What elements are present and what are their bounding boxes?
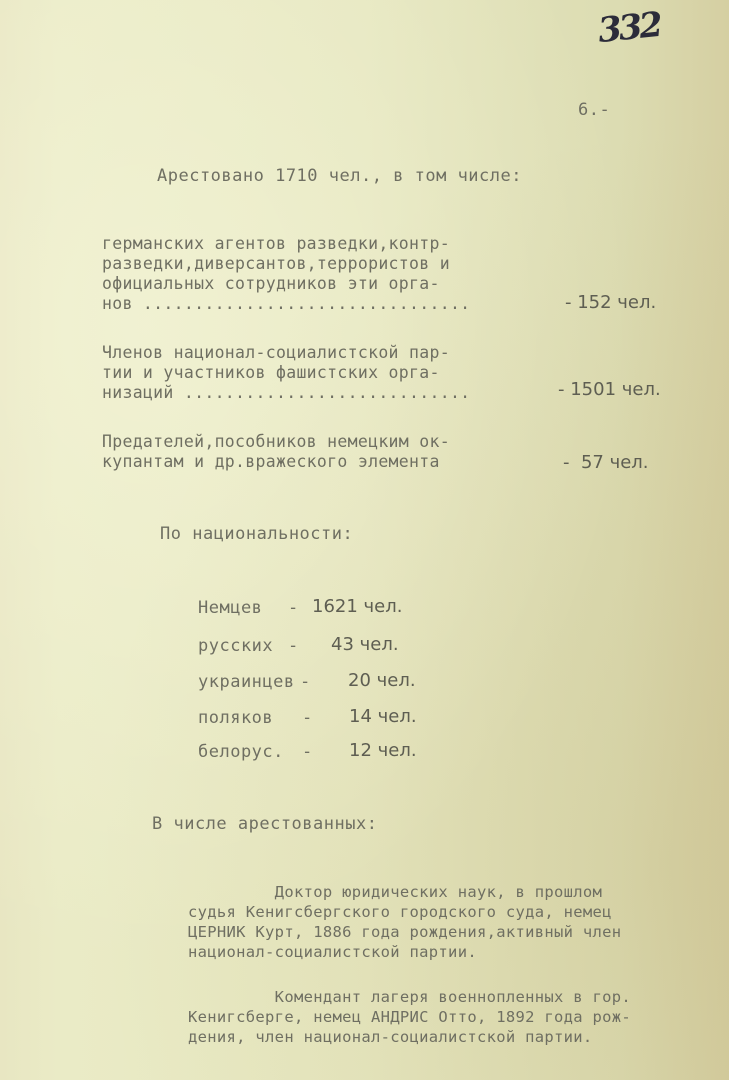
archive-number-handwritten: 332 bbox=[596, 5, 662, 51]
nationality-dash: - bbox=[288, 598, 299, 618]
nationality-count: 14 чел. bbox=[349, 706, 417, 727]
heading-arrested-total: Арестовано 1710 чел., в том числе: bbox=[157, 166, 522, 186]
category-line: официальных сотрудников эти орга- bbox=[102, 274, 470, 294]
category-line: нов ................................ bbox=[102, 294, 470, 314]
heading-nationality: По национальности: bbox=[160, 524, 353, 544]
person-line: Комендант лагеря военнопленных в гор. bbox=[188, 987, 631, 1007]
person-line: национал-социалистской партии. bbox=[188, 942, 621, 962]
category-agents: германских агентов разведки,контр- разве… bbox=[102, 234, 470, 314]
nationality-name: украинцев bbox=[198, 672, 295, 692]
category-nsdap-members: Членов национал-социалистской пар- тии и… bbox=[102, 343, 470, 403]
nationality-dash: - bbox=[302, 742, 313, 762]
nationality-name: Немцев bbox=[198, 598, 262, 618]
person-entry-andris: Комендант лагеря военнопленных в гор. Ке… bbox=[188, 987, 631, 1047]
page-number: 6.- bbox=[578, 100, 610, 120]
person-entry-zernik: Доктор юридических наук, в прошлом судья… bbox=[188, 882, 621, 962]
category-count: - 57 чел. bbox=[563, 452, 649, 473]
category-count: - 152 чел. bbox=[565, 292, 656, 313]
person-line: дения, член национал-социалистской парти… bbox=[188, 1027, 631, 1047]
nationality-name: белорус. bbox=[198, 742, 284, 762]
heading-among-arrested: В числе арестованных: bbox=[152, 814, 377, 834]
category-line: купантам и др.вражеского элемента bbox=[102, 452, 450, 472]
nationality-dash: - bbox=[288, 636, 299, 656]
category-line: тии и участников фашистских орга- bbox=[102, 363, 470, 383]
nationality-count: 20 чел. bbox=[348, 670, 416, 691]
category-line: Членов национал-социалистской пар- bbox=[102, 343, 470, 363]
nationality-name: русских bbox=[198, 636, 273, 656]
person-line: ЦЕРНИК Курт, 1886 года рождения,активный… bbox=[188, 922, 621, 942]
category-line: разведки,диверсантов,террористов и bbox=[102, 254, 470, 274]
category-collaborators: Предателей,пособников немецким ок- купан… bbox=[102, 432, 450, 472]
nationality-count: 1621 чел. bbox=[312, 596, 402, 617]
category-line: Предателей,пособников немецким ок- bbox=[102, 432, 450, 452]
person-line: Доктор юридических наук, в прошлом bbox=[188, 882, 621, 902]
document-page: 332 6.- Арестовано 1710 чел., в том числ… bbox=[0, 0, 729, 1080]
category-line: низаций ............................ bbox=[102, 383, 470, 403]
category-line: германских агентов разведки,контр- bbox=[102, 234, 470, 254]
nationality-count: 43 чел. bbox=[331, 634, 399, 655]
nationality-name: поляков bbox=[198, 708, 273, 728]
nationality-dash: - bbox=[300, 672, 311, 692]
person-line: Кенигсберге, немец АНДРИС Отто, 1892 год… bbox=[188, 1007, 631, 1027]
category-count: - 1501 чел. bbox=[558, 379, 661, 400]
person-line: судья Кенигсбергского городского суда, н… bbox=[188, 902, 621, 922]
nationality-count: 12 чел. bbox=[349, 740, 417, 761]
nationality-dash: - bbox=[302, 708, 313, 728]
